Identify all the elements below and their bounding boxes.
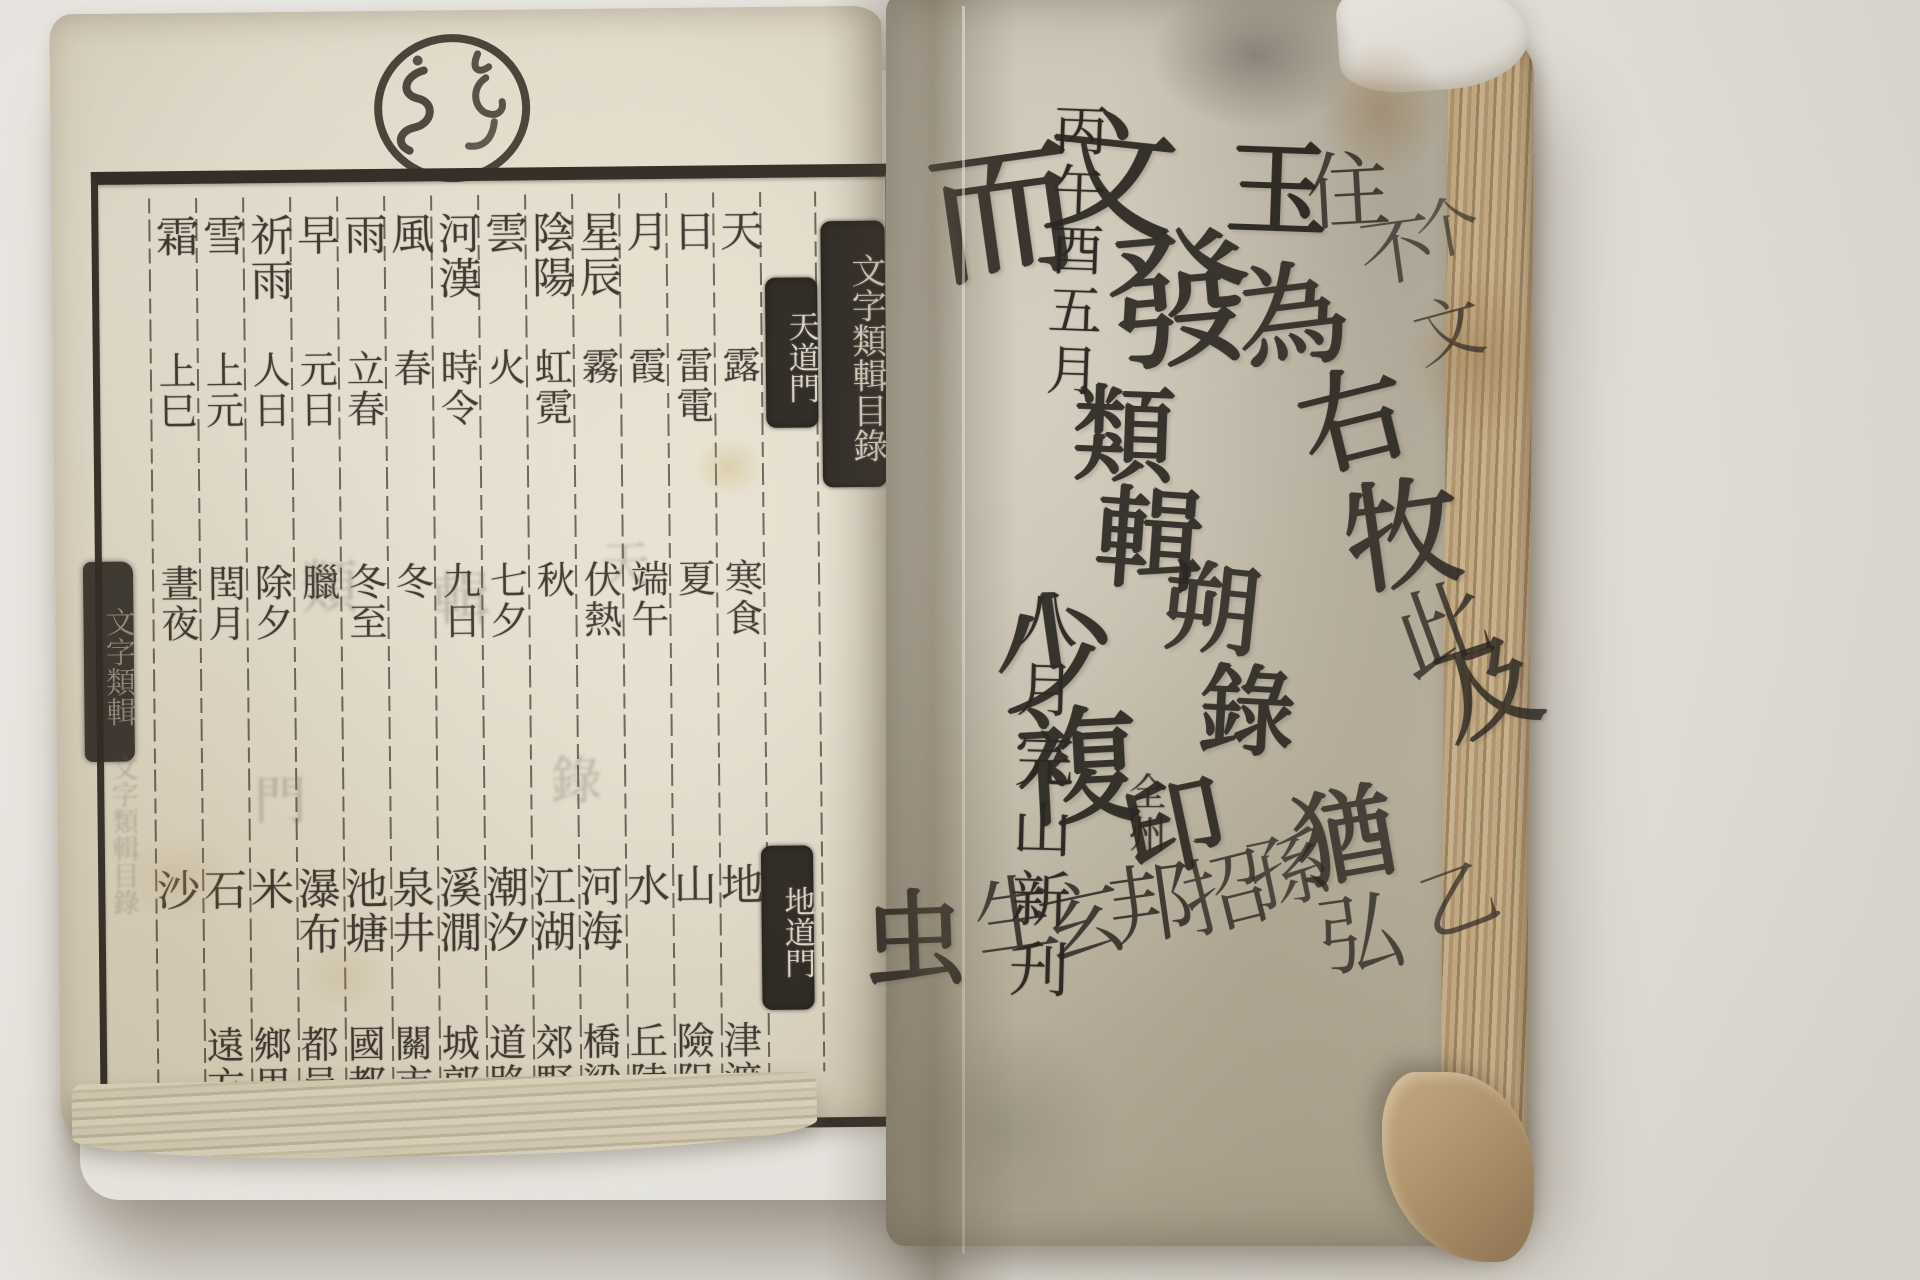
bleed-through-glyph: 門 bbox=[254, 774, 307, 832]
toc-entry: 人日 bbox=[248, 350, 289, 430]
toc-entry: 夏 bbox=[673, 558, 714, 598]
bleed-through-glyph: 天 bbox=[600, 538, 651, 594]
toc-entry: 寒食 bbox=[720, 558, 761, 638]
toc-entry: 立春 bbox=[342, 349, 383, 429]
toc-entry: 上元 bbox=[201, 350, 242, 430]
toc-entry: 雷電 bbox=[671, 345, 712, 425]
toc-entry: 閏月 bbox=[203, 563, 244, 643]
toc-entry: 沙 bbox=[151, 868, 197, 913]
calligraphy-glyph: 錄 bbox=[1196, 662, 1299, 765]
calligraphy-glyph: 朔 bbox=[1157, 557, 1265, 665]
toc-entry: 日 bbox=[667, 208, 713, 253]
photo-of-open-antique-book: 文字類輯目錄 天道門 地道門 天露寒食日雷電夏月霞端午星辰霧伏熱陰陽虹霓秋雲火七… bbox=[0, 0, 1920, 1280]
toc-entry: 火 bbox=[483, 347, 524, 387]
column-rule bbox=[430, 195, 441, 1100]
calligraphy-glyph: 弘 bbox=[1312, 886, 1409, 983]
toc-entry: 江湖 bbox=[527, 864, 574, 954]
bleed-through-column: 文字類輯目錄 bbox=[105, 754, 139, 916]
toc-entry: 露 bbox=[718, 345, 759, 385]
toc-entry: 霞 bbox=[624, 346, 665, 386]
toc-entry: 霧 bbox=[577, 346, 618, 386]
toc-entry: 雨 bbox=[338, 212, 384, 257]
toc-entry: 星辰 bbox=[573, 209, 620, 299]
toc-entry: 河漢 bbox=[432, 211, 479, 301]
column-rules bbox=[98, 177, 885, 185]
toc-entry: 祈雨 bbox=[244, 213, 291, 303]
toc-entry: 天 bbox=[714, 208, 760, 253]
toc-entry: 秋 bbox=[532, 560, 573, 600]
toc-entry: 時令 bbox=[436, 348, 477, 428]
toc-entry: 春 bbox=[389, 348, 430, 388]
toc-entry: 冬 bbox=[391, 561, 432, 601]
column-rule bbox=[712, 192, 723, 1097]
toc-entry: 泉井 bbox=[386, 865, 433, 955]
section-label-heaven-gate: 天道門 bbox=[765, 277, 819, 428]
toc-entry: 霜 bbox=[150, 214, 196, 259]
toc-entry: 晝夜 bbox=[156, 564, 197, 644]
toc-entry: 陰陽 bbox=[526, 210, 573, 300]
toc-entry: 河海 bbox=[574, 863, 621, 953]
section-label-earth-gate: 地道門 bbox=[761, 845, 815, 1010]
toc-entry: 潮汐 bbox=[480, 864, 527, 954]
calligraphy-glyph: 虫 bbox=[860, 886, 968, 994]
column-rule bbox=[665, 193, 676, 1098]
toc-entry: 七夕 bbox=[485, 560, 526, 640]
bleed-through-glyph: 輯 bbox=[432, 568, 491, 632]
toc-entry: 地 bbox=[715, 862, 761, 907]
toc-entry: 上巳 bbox=[154, 351, 195, 431]
toc-entry: 早 bbox=[291, 212, 337, 257]
toc-entry: 米 bbox=[245, 867, 291, 912]
column-rule bbox=[524, 194, 535, 1099]
column-rule bbox=[289, 197, 300, 1102]
column-rule bbox=[195, 198, 206, 1103]
toc-entry: 雲 bbox=[479, 210, 525, 255]
toc-entry: 水 bbox=[621, 863, 667, 908]
bleed-through-glyphs: 類輯錄門天 bbox=[49, 6, 881, 15]
column-rule bbox=[383, 196, 394, 1101]
edge-bleed-title-band: 文字類輯 bbox=[83, 562, 135, 763]
toc-entry: 石 bbox=[198, 867, 244, 912]
left-page-printed-toc: 文字類輯目錄 天道門 地道門 天露寒食日雷電夏月霞端午星辰霧伏熱陰陽虹霓秋雲火七… bbox=[49, 6, 893, 1135]
toc-entry: 瀑布 bbox=[292, 866, 339, 956]
calligraphy-glyph: 个 bbox=[1411, 193, 1485, 267]
toc-entries: 天露寒食日雷電夏月霞端午星辰霧伏熱陰陽虹霓秋雲火七夕河漢時令九日風春冬雨立春冬至… bbox=[98, 177, 885, 185]
column-rule bbox=[571, 194, 582, 1099]
column-rule bbox=[618, 193, 629, 1098]
calligraphy-glyph: 類 bbox=[1070, 382, 1178, 490]
column-rule bbox=[336, 196, 347, 1101]
toc-entry: 雪 bbox=[197, 213, 243, 258]
toc-entry: 元日 bbox=[295, 349, 336, 429]
column-rule bbox=[477, 195, 488, 1100]
book-title-band: 文字類輯目錄 bbox=[820, 221, 887, 488]
bleed-through-glyph: 類 bbox=[300, 556, 359, 620]
toc-entry: 山 bbox=[668, 862, 714, 907]
printed-text-frame: 文字類輯目錄 天道門 地道門 天露寒食日雷電夏月霞端午星辰霧伏熱陰陽虹霓秋雲火七… bbox=[91, 164, 900, 1135]
column-rule bbox=[242, 197, 253, 1102]
toc-entry: 虹霓 bbox=[530, 347, 571, 427]
bleed-through-glyph: 錄 bbox=[550, 754, 603, 812]
toc-entry: 除夕 bbox=[250, 563, 291, 643]
toc-entry: 溪㵎 bbox=[433, 865, 480, 955]
toc-entry: 池塘 bbox=[339, 866, 386, 956]
toc-entry: 風 bbox=[385, 211, 431, 256]
toc-entry: 月 bbox=[620, 209, 666, 254]
column-rule bbox=[148, 198, 159, 1103]
